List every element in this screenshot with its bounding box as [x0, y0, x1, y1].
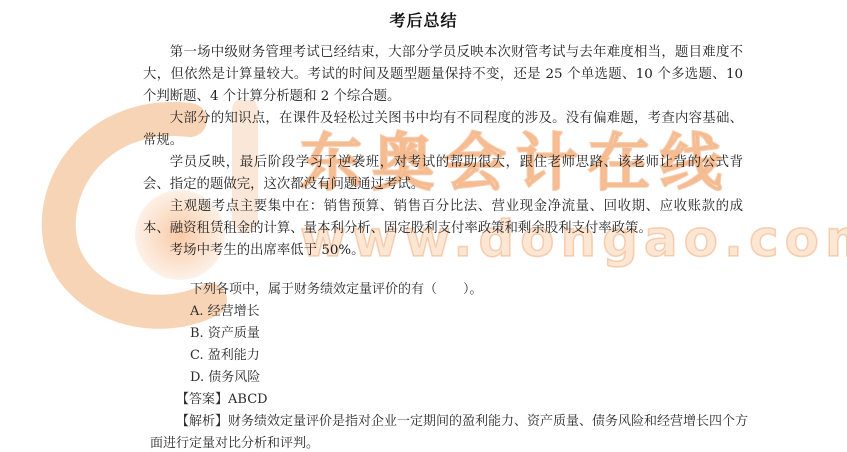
analysis-text: 财务绩效定量评价是指对企业一定期间的盈利能力、资产质量、债务风险和经营增长四个方…	[150, 414, 748, 451]
answer-label: 【答案】	[176, 392, 228, 407]
paragraph-knowledge-points: 大部分的知识点，在课件及轻松过关图书中均有不同程度的涉及。没有偏难题，考查内容基…	[143, 108, 743, 152]
paragraph-attendance: 考场中考生的出席率低于 50%。	[143, 240, 743, 262]
paragraph-exam-overview: 第一场中级财务管理考试已经结束，大部分学员反映本次财管考试与去年难度相当，题目难…	[143, 42, 743, 108]
summary-body: 第一场中级财务管理考试已经结束，大部分学员反映本次财管考试与去年难度相当，题目难…	[143, 42, 743, 262]
answer-line: 【答案】ABCD	[150, 389, 790, 411]
question-block: 下列各项中，属于财务绩效定量评价的有（ ）。 A. 经营增长 B. 资产质量 C…	[150, 279, 790, 452]
paragraph-subjective-topics: 主观题考点主要集中在：销售预算、销售百分比法、营业现金净流量、回收期、应收账款的…	[143, 196, 743, 240]
option-d: D. 债务风险	[150, 367, 790, 389]
option-b: B. 资产质量	[150, 323, 790, 345]
option-a: A. 经营增长	[150, 301, 790, 323]
analysis-line: 【解析】财务绩效定量评价是指对企业一定期间的盈利能力、资产质量、债务风险和经营增…	[150, 411, 790, 452]
page-title: 考后总结	[0, 8, 847, 31]
option-c: C. 盈利能力	[150, 345, 790, 367]
answer-value: ABCD	[228, 392, 268, 407]
paragraph-student-feedback: 学员反映，最后阶段学习了逆袭班，对考试的帮助很大，跟住老师思路、该老师让背的公式…	[143, 152, 743, 196]
question-stem: 下列各项中，属于财务绩效定量评价的有（ ）。	[150, 279, 790, 301]
analysis-label: 【解析】	[176, 414, 228, 429]
